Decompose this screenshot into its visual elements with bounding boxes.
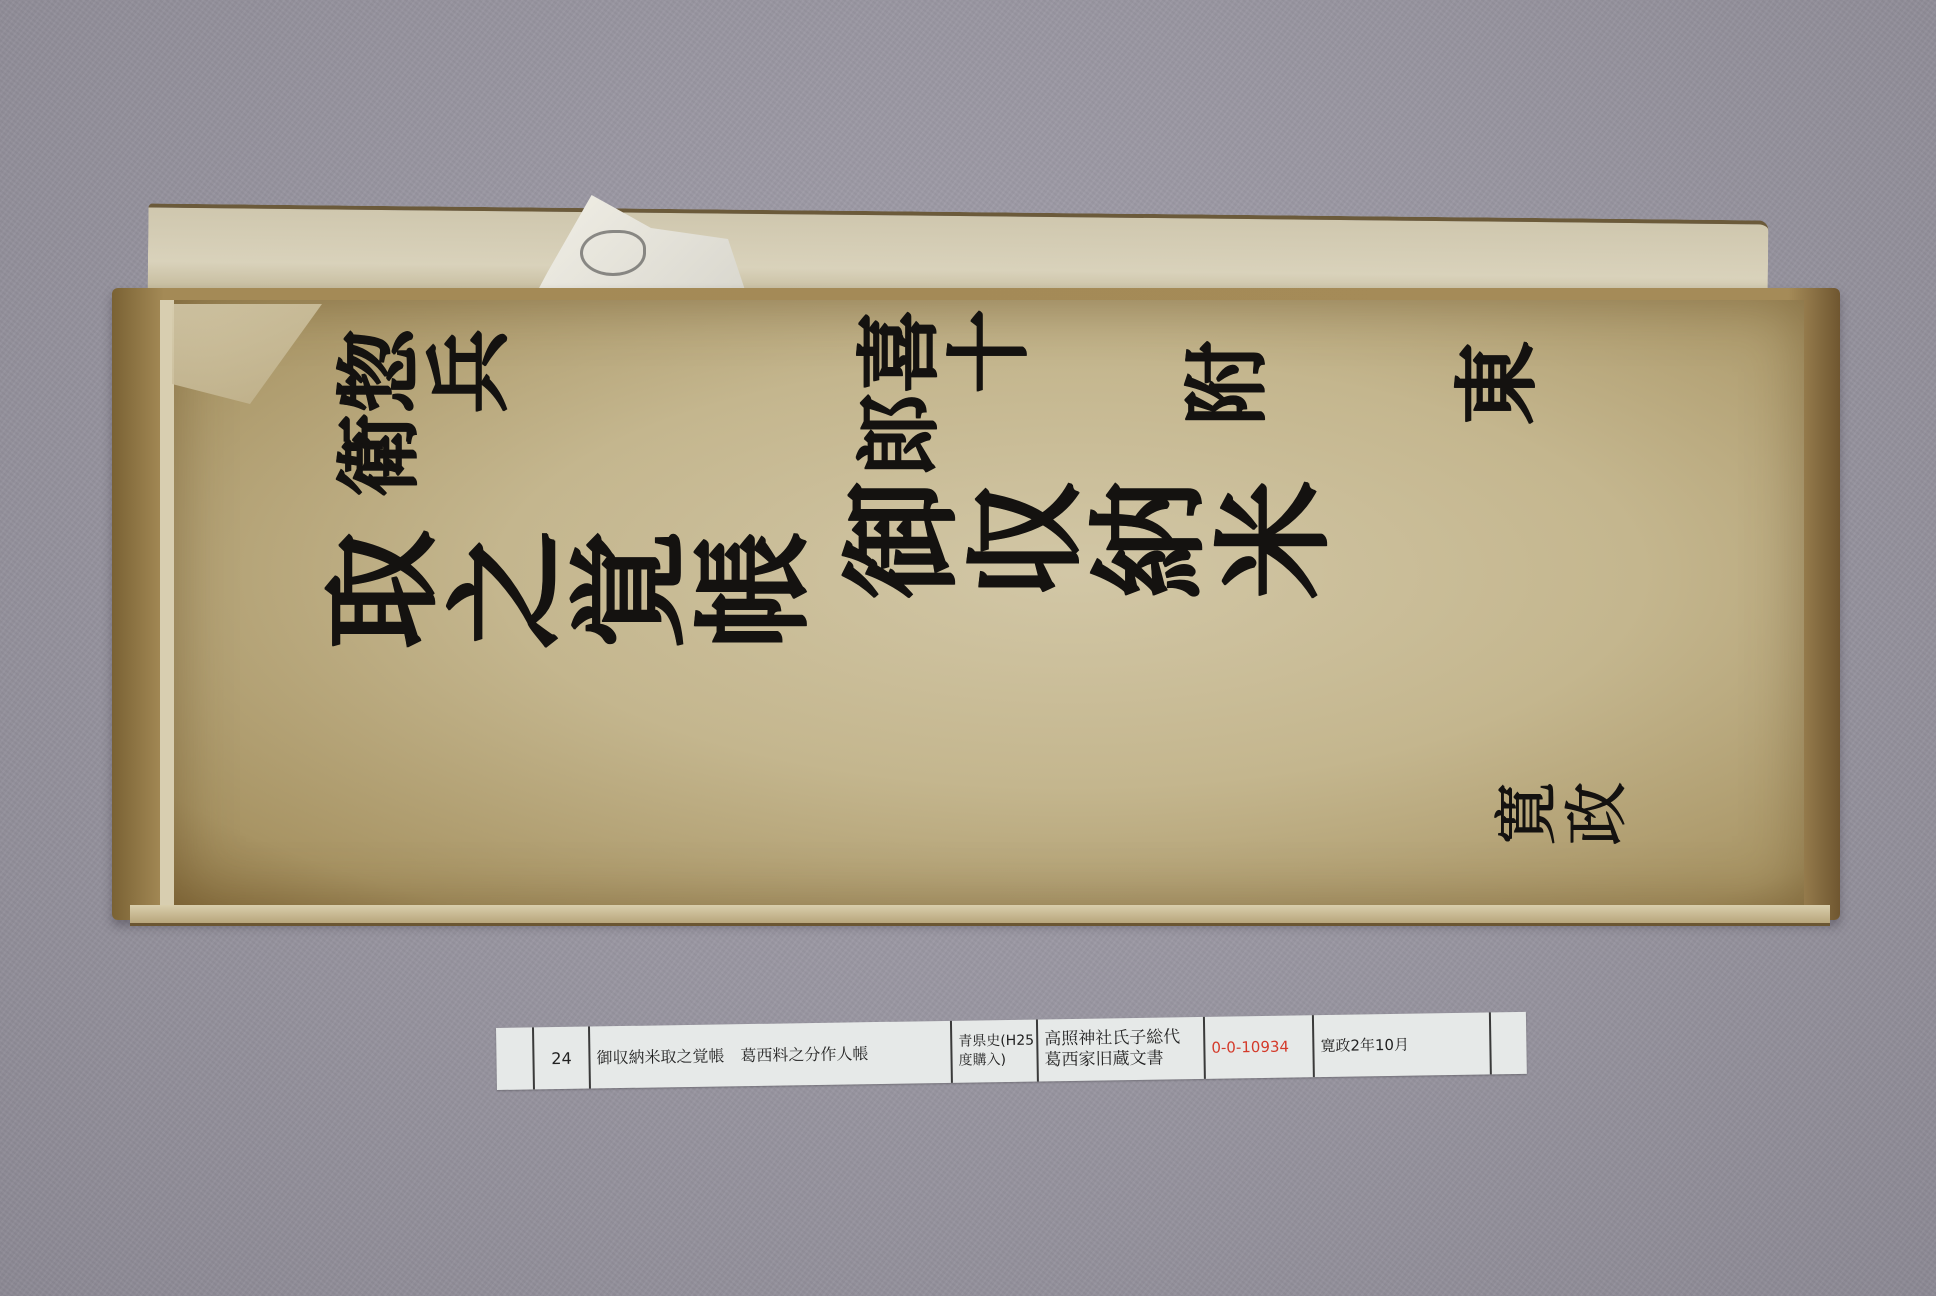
- label-blank-left: [496, 1027, 535, 1090]
- cover-era-annotation: 寛政: [1492, 788, 1692, 852]
- slip-handwriting: [580, 230, 646, 276]
- cover-side-line-2: 附: [1182, 348, 1302, 432]
- label-source-line-2: 度購入): [958, 1051, 1006, 1071]
- catalog-id-text: 0-0-10934: [1211, 1037, 1289, 1057]
- cover-side-line-1: 東: [1452, 348, 1572, 432]
- booklet-bottom-edge: [130, 905, 1830, 926]
- cover-title-column-1: 御収納米: [839, 491, 1439, 609]
- label-date: 寛政2年10月: [1314, 1012, 1492, 1077]
- label-source-line-1: 青県史(H25: [958, 1032, 1034, 1052]
- label-collection-line-1: 高照神社氏子総代: [1044, 1027, 1180, 1050]
- cover-side-line-3: 喜十郎: [854, 316, 1114, 484]
- label-blank-right: [1491, 1012, 1527, 1075]
- label-document-title: 御収納米取之覚帳 葛西料之分作人帳: [590, 1021, 953, 1089]
- archival-photo: 御収納米 取之覚帳 寛政 東 附 喜十郎 惣兵衛 24 御収納米取之覚帳 葛西料…: [0, 0, 1936, 1296]
- catalog-label: 24 御収納米取之覚帳 葛西料之分作人帳 青県史(H25 度購入) 高照神社氏子…: [496, 1012, 1527, 1090]
- label-source: 青県史(H25 度購入): [952, 1019, 1039, 1082]
- cover-side-line-4: 惣兵衛: [334, 336, 594, 504]
- label-item-number: 24: [534, 1027, 591, 1090]
- label-collection-line-2: 葛西家旧蔵文書: [1044, 1049, 1163, 1072]
- cover-title-column-2: 取之覚帳: [319, 541, 919, 659]
- label-collection: 高照神社氏子総代 葛西家旧蔵文書: [1038, 1017, 1206, 1082]
- label-catalog-id: 0-0-10934: [1205, 1015, 1315, 1079]
